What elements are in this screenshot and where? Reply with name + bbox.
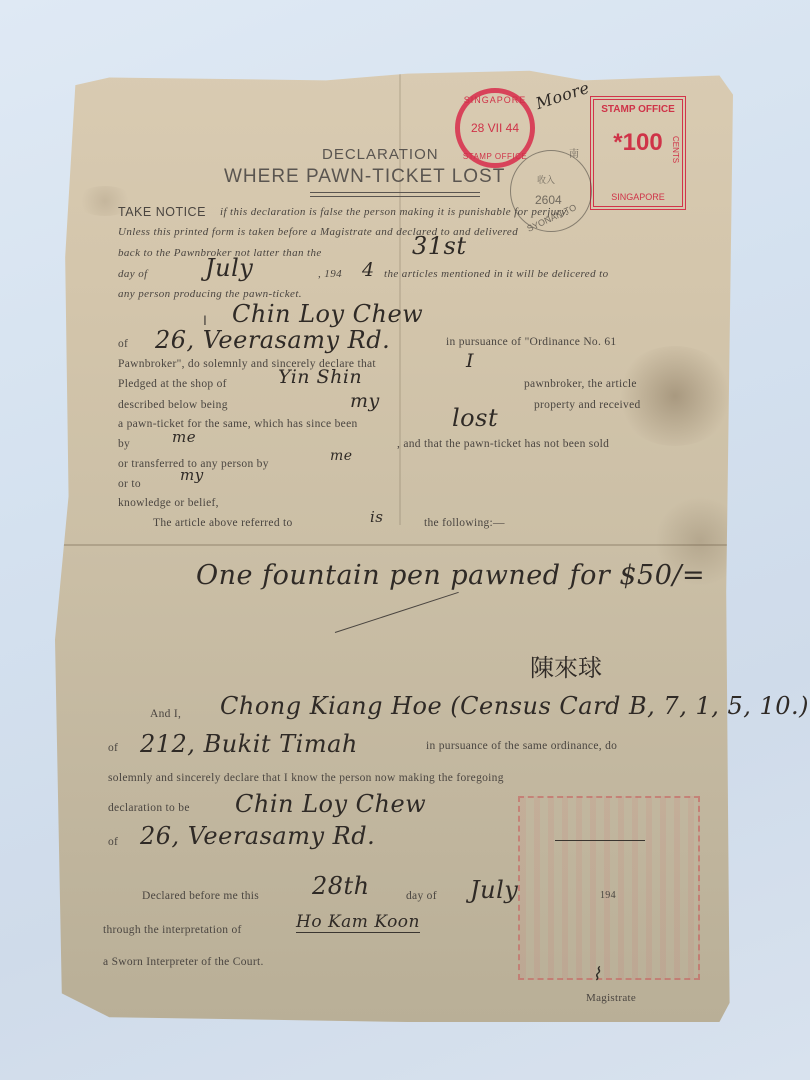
handwritten-month: July — [205, 254, 253, 282]
solemnly-text: solemnly and sincerely declare that I kn… — [108, 772, 504, 784]
stamp-top-text: SINGAPORE — [464, 95, 527, 105]
fold-crease — [55, 544, 733, 546]
transferred-value: me — [330, 448, 353, 464]
title-declaration: DECLARATION — [322, 146, 439, 163]
postmark-middle: 收入 — [537, 173, 555, 186]
title-underline — [310, 192, 480, 197]
witness-name: Chong Kiang Hoe (Census Card B, 7, 1, 5,… — [220, 692, 809, 720]
meter-side-text: CENTS — [671, 136, 680, 163]
notice-line-5: any person producing the pawn-ticket. — [118, 288, 302, 300]
magistrate-signature: ⌇ — [592, 964, 601, 985]
notice-day-of: day of — [118, 268, 148, 280]
stamp-date: 28 VII 44 — [471, 121, 519, 135]
handwritten-day: 31st — [412, 232, 467, 260]
interpretation-label: through the interpretation of — [103, 924, 242, 936]
witness-of-label: of — [108, 742, 118, 754]
stain — [615, 346, 735, 446]
pledged-label: Pledged at the shop of — [118, 378, 227, 390]
magistrate-seal — [518, 796, 700, 980]
handwritten-year-digit: 4 — [362, 259, 375, 281]
seal-underline — [555, 840, 645, 841]
syonan-postmark: 南 收入 2604 SYONAN-TO — [510, 150, 592, 232]
witness-of-label-2: of — [108, 836, 118, 848]
declared-day: 28th — [312, 872, 370, 900]
by-label: by — [118, 438, 130, 450]
being-value: my — [350, 390, 380, 412]
following-text: the following:— — [424, 517, 505, 529]
declarant-name: Chin Loy Chew — [232, 300, 423, 328]
property-label: property and received — [534, 399, 641, 411]
witness-pursuance: in pursuance of the same ordinance, do — [426, 740, 617, 752]
ordinance-text: in pursuance of "Ordinance No. 61 — [446, 336, 616, 348]
take-notice-label: TAKE NOTICE — [118, 205, 206, 219]
stamp-office-circular-stamp: SINGAPORE 28 VII 44 STAMP OFFICE — [455, 88, 535, 168]
or-to-value: my — [180, 466, 204, 484]
title-where-pawn-ticket-lost: WHERE PAWN-TICKET LOST — [224, 166, 505, 188]
article-label: The article above referred to — [153, 517, 293, 529]
lost-value: lost — [452, 404, 498, 432]
sworn-interpreter-text: a Sworn Interpreter of the Court. — [103, 956, 264, 968]
and-i-label: And I, — [150, 708, 181, 720]
interpreter-signature: Ho Kam Koon — [296, 912, 420, 933]
not-sold-text: , and that the pawn-ticket has not been … — [397, 438, 609, 450]
chinese-signature: 陳來球 — [530, 648, 602, 683]
witness-address: 212, Bukit Timah — [140, 730, 358, 758]
article-description: One fountain pen pawned for $50/= — [196, 560, 705, 591]
stamp-meter-stamp: STAMP OFFICE *100 SINGAPORE CENTS — [590, 96, 686, 210]
meter-top-text: STAMP OFFICE — [594, 104, 682, 115]
notice-line-4: the articles mentioned in it will be del… — [384, 268, 608, 280]
declaration-to-be-label: declaration to be — [108, 802, 190, 814]
declarant-address: 26, Veerasamy Rd. — [155, 326, 390, 354]
meter-value: *100 — [594, 129, 682, 157]
knowledge-text: knowledge or belief, — [118, 497, 219, 509]
stamp-bottom-text: STAMP OFFICE — [463, 152, 527, 161]
described-label: described below being — [118, 399, 228, 411]
fold-crease-vertical — [399, 66, 401, 525]
declared-before-label: Declared before me this — [142, 890, 259, 902]
or-to-label: or to — [118, 478, 141, 490]
handwritten-i: I — [466, 350, 474, 372]
day-of-label: day of — [406, 890, 437, 902]
postmark-top: 南 — [569, 145, 579, 160]
declarant-name-repeat: Chin Loy Chew — [235, 790, 426, 818]
postmark-number: 2604 — [535, 193, 562, 207]
magistrate-label: Magistrate — [586, 992, 636, 1004]
declared-year: 194 — [600, 890, 616, 901]
notice-year: , 194 — [318, 268, 342, 280]
notice-line-1: if this declaration is false the person … — [220, 206, 569, 218]
of-label: of — [118, 338, 128, 350]
declared-month: July — [470, 876, 518, 904]
pawnbroker-article: pawnbroker, the article — [524, 378, 637, 390]
article-verb: is — [370, 508, 384, 526]
shop-name: Yin Shin — [278, 366, 362, 388]
meter-bottom-text: SINGAPORE — [594, 192, 682, 202]
by-value: me — [172, 428, 196, 446]
ticket-line: a pawn-ticket for the same, which has si… — [118, 418, 358, 430]
declarant-address-repeat: 26, Veerasamy Rd. — [140, 822, 375, 850]
